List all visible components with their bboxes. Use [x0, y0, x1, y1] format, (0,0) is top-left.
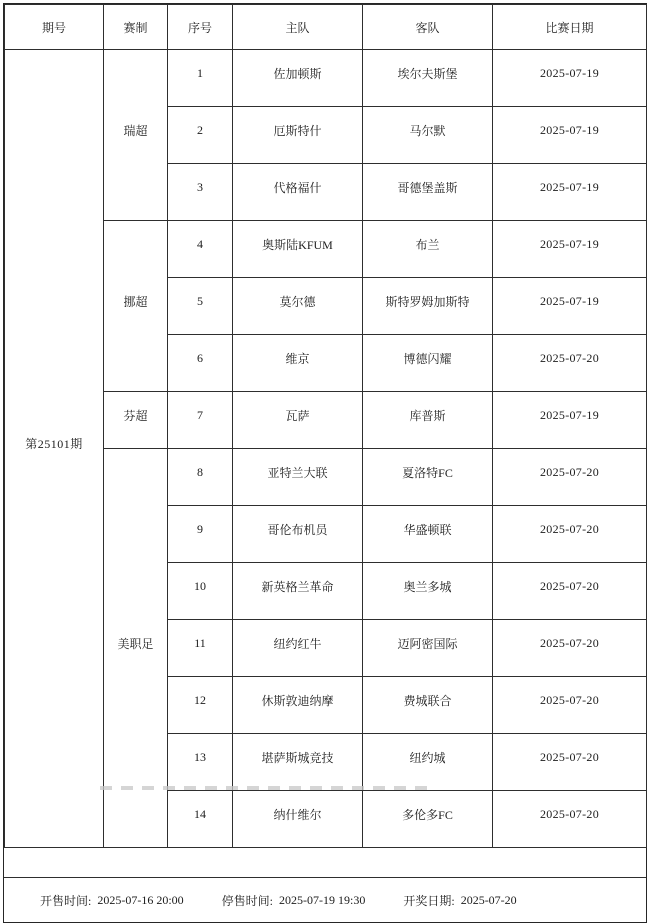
match-date: 2025-07-19 — [493, 164, 647, 221]
match-number: 4 — [168, 221, 233, 278]
column-header-match-date: 比赛日期 — [493, 5, 647, 50]
home-team: 哥伦布机员 — [233, 506, 363, 563]
column-header-away-team: 客队 — [363, 5, 493, 50]
column-header-home-team: 主队 — [233, 5, 363, 50]
away-team: 华盛顿联 — [363, 506, 493, 563]
sale-stop-label: 停售时间: — [222, 892, 273, 909]
match-date: 2025-07-19 — [493, 221, 647, 278]
spacer-row — [4, 848, 646, 877]
home-team: 奥斯陆KFUM — [233, 221, 363, 278]
match-date: 2025-07-20 — [493, 677, 647, 734]
home-team: 厄斯特什 — [233, 107, 363, 164]
fixtures-table: 期号 赛制 序号 主队 客队 比赛日期 第25101期 瑞超 1 佐加顿斯 埃尔… — [4, 4, 647, 848]
match-date: 2025-07-20 — [493, 506, 647, 563]
away-team: 迈阿密国际 — [363, 620, 493, 677]
away-team: 博德闪耀 — [363, 335, 493, 392]
away-team: 马尔默 — [363, 107, 493, 164]
league-label-finnish: 芬超 — [104, 392, 168, 449]
match-number: 1 — [168, 50, 233, 107]
sale-stop-value: 2025-07-19 19:30 — [279, 893, 365, 908]
match-number: 10 — [168, 563, 233, 620]
sale-stop-time: 停售时间: 2025-07-19 19:30 — [222, 892, 366, 909]
match-number: 8 — [168, 449, 233, 506]
match-number: 3 — [168, 164, 233, 221]
cutoff-text-strip — [100, 786, 430, 790]
match-date: 2025-07-19 — [493, 50, 647, 107]
match-number: 14 — [168, 791, 233, 848]
table-row: 第25101期 瑞超 1 佐加顿斯 埃尔夫斯堡 2025-07-19 — [5, 50, 647, 107]
home-team: 新英格兰革命 — [233, 563, 363, 620]
match-date: 2025-07-20 — [493, 620, 647, 677]
home-team: 维京 — [233, 335, 363, 392]
sale-start-value: 2025-07-16 20:00 — [97, 893, 183, 908]
away-team: 布兰 — [363, 221, 493, 278]
column-header-period: 期号 — [5, 5, 104, 50]
home-team: 堪萨斯城竞技 — [233, 734, 363, 791]
match-number: 7 — [168, 392, 233, 449]
match-number: 5 — [168, 278, 233, 335]
match-number: 6 — [168, 335, 233, 392]
away-team: 纽约城 — [363, 734, 493, 791]
away-team: 夏洛特FC — [363, 449, 493, 506]
match-date: 2025-07-19 — [493, 107, 647, 164]
away-team: 斯特罗姆加斯特 — [363, 278, 493, 335]
column-header-league: 赛制 — [104, 5, 168, 50]
away-team: 埃尔夫斯堡 — [363, 50, 493, 107]
draw-date-label: 开奖日期: — [403, 892, 454, 909]
match-date: 2025-07-20 — [493, 734, 647, 791]
column-header-index: 序号 — [168, 5, 233, 50]
away-team: 奥兰多城 — [363, 563, 493, 620]
match-date: 2025-07-20 — [493, 335, 647, 392]
lottery-fixture-sheet: 期号 赛制 序号 主队 客队 比赛日期 第25101期 瑞超 1 佐加顿斯 埃尔… — [3, 3, 647, 923]
league-label-swedish: 瑞超 — [104, 50, 168, 221]
away-team: 库普斯 — [363, 392, 493, 449]
away-team: 费城联合 — [363, 677, 493, 734]
league-label-norwegian: 挪超 — [104, 221, 168, 392]
home-team: 佐加顿斯 — [233, 50, 363, 107]
home-team: 亚特兰大联 — [233, 449, 363, 506]
draw-date-value: 2025-07-20 — [461, 893, 517, 908]
match-date: 2025-07-20 — [493, 791, 647, 848]
home-team: 代格福什 — [233, 164, 363, 221]
draw-date: 开奖日期: 2025-07-20 — [403, 892, 516, 909]
home-team: 瓦萨 — [233, 392, 363, 449]
match-date: 2025-07-19 — [493, 278, 647, 335]
sale-times-footer: 开售时间: 2025-07-16 20:00 停售时间: 2025-07-19 … — [4, 877, 646, 922]
home-team: 休斯敦迪纳摩 — [233, 677, 363, 734]
match-number: 11 — [168, 620, 233, 677]
sale-start-time: 开售时间: 2025-07-16 20:00 — [40, 892, 184, 909]
header-row: 期号 赛制 序号 主队 客队 比赛日期 — [5, 5, 647, 50]
match-date: 2025-07-20 — [493, 563, 647, 620]
match-number: 2 — [168, 107, 233, 164]
away-team: 多伦多FC — [363, 791, 493, 848]
period-number: 第25101期 — [5, 50, 104, 848]
match-number: 12 — [168, 677, 233, 734]
match-number: 13 — [168, 734, 233, 791]
away-team: 哥德堡盖斯 — [363, 164, 493, 221]
match-date: 2025-07-20 — [493, 449, 647, 506]
match-number: 9 — [168, 506, 233, 563]
match-date: 2025-07-19 — [493, 392, 647, 449]
home-team: 纳什维尔 — [233, 791, 363, 848]
sale-start-label: 开售时间: — [40, 892, 91, 909]
home-team: 纽约红牛 — [233, 620, 363, 677]
home-team: 莫尔德 — [233, 278, 363, 335]
